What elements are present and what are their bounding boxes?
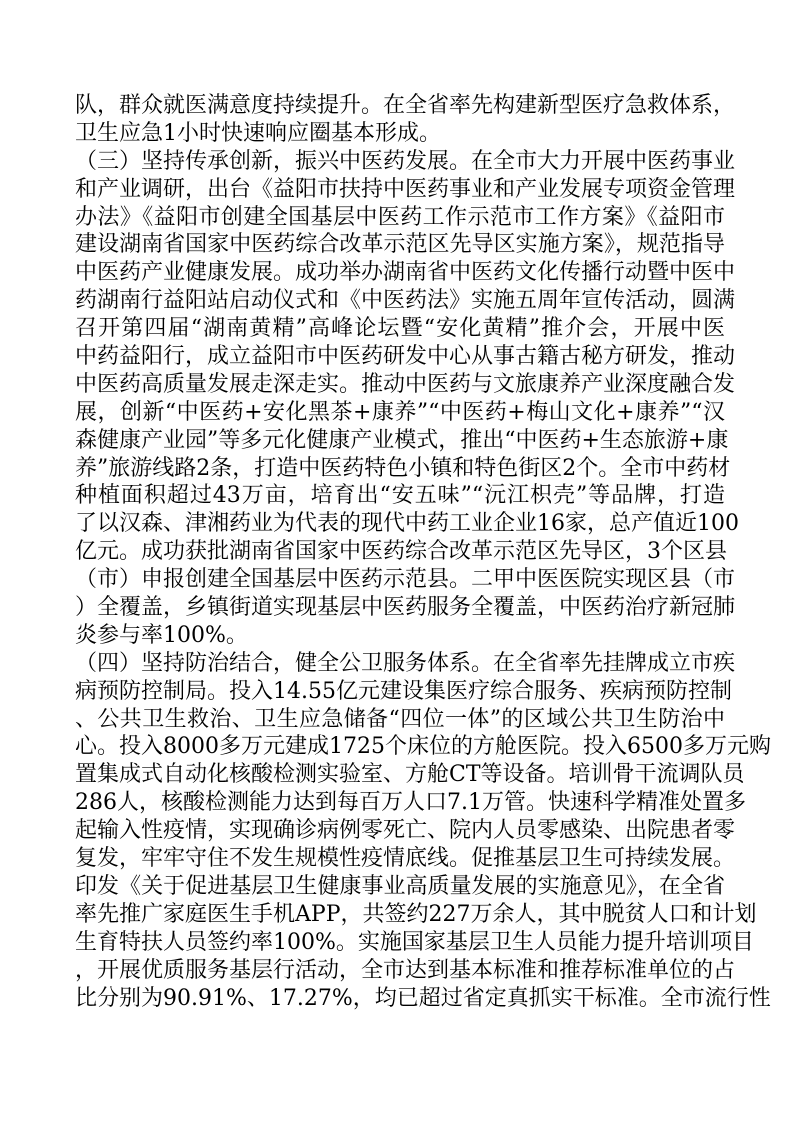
text-line: 心。投入8000多万元建成1725个床位的方舱医院。投入6500多万元购 (75, 733, 725, 761)
text-line: （四）坚持防治结合，健全公卫服务体系。在全省率先挂牌成立市疾 (75, 650, 725, 678)
text-line: 药湖南行益阳站启动仪式和《中医药法》实施五周年宣传活动，圆满 (75, 287, 725, 315)
text-line: 中药益阳行，成立益阳市中医药研发中心从事古籍古秘方研发，推动 (75, 343, 725, 371)
text-line: 印发《关于促进基层卫生健康事业高质量发展的实施意见》，在全省 (75, 873, 725, 901)
text-line: 展，创新“中医药+安化黑茶+康养”“中医药+梅山文化+康养”“汉 (75, 399, 725, 427)
text-line: 中医药高质量发展走深走实。推动中医药与文旅康养产业深度融合发 (75, 371, 725, 399)
text-line: 卫生应急1小时快速响应圈基本形成。 (75, 120, 725, 148)
text-line: 了以汉森、津湘药业为代表的现代中药工业企业16家，总产值近100 (75, 510, 725, 538)
document-page: 队，群众就医满意度持续提升。在全省率先构建新型医疗急救体系，卫生应急1小时快速响… (0, 0, 793, 1122)
text-line: 办法》《益阳市创建全国基层中医药工作示范市工作方案》《益阳市 (75, 204, 725, 232)
text-block: 队，群众就医满意度持续提升。在全省率先构建新型医疗急救体系，卫生应急1小时快速响… (75, 92, 725, 1012)
paragraph-continuation: 队，群众就医满意度持续提升。在全省率先构建新型医疗急救体系，卫生应急1小时快速响… (75, 92, 725, 148)
text-line: 置集成式自动化核酸检测实验室、方舱CT等设备。培训骨干流调队员 (75, 761, 725, 789)
paragraph-section-four: （四）坚持防治结合，健全公卫服务体系。在全省率先挂牌成立市疾病预防控制局。投入1… (75, 650, 725, 1013)
text-line: 286人，核酸检测能力达到每百万人口7.1万管。快速科学精准处置多 (75, 789, 725, 817)
text-line: 生育特扶人员签约率100%。实施国家基层卫生人员能力提升培训项目 (75, 929, 725, 957)
text-line: （三）坚持传承创新，振兴中医药发展。在全市大力开展中医药事业 (75, 148, 725, 176)
text-line: （市）申报创建全国基层中医药示范县。二甲中医医院实现区县（市 (75, 566, 725, 594)
text-line: 召开第四届“湖南黄精”高峰论坛暨“安化黄精”推介会，开展中医 (75, 315, 725, 343)
paragraph-section-three: （三）坚持传承创新，振兴中医药发展。在全市大力开展中医药事业和产业调研，出台《益… (75, 148, 725, 650)
text-line: 中医药产业健康发展。成功举办湖南省中医药文化传播行动暨中医中 (75, 259, 725, 287)
text-line: 和产业调研，出台《益阳市扶持中医药事业和产业发展专项资金管理 (75, 176, 725, 204)
text-line: 复发，牢牢守住不发生规模性疫情底线。促推基层卫生可持续发展。 (75, 845, 725, 873)
text-line: 起输入性疫情，实现确诊病例零死亡、院内人员零感染、出院患者零 (75, 817, 725, 845)
text-line: 亿元。成功获批湖南省国家中医药综合改革示范区先导区，3个区县 (75, 538, 725, 566)
text-line: 队，群众就医满意度持续提升。在全省率先构建新型医疗急救体系， (75, 92, 725, 120)
text-line: 、公共卫生救治、卫生应急储备“四位一体”的区域公共卫生防治中 (75, 706, 725, 734)
text-line: 率先推广家庭医生手机APP，共签约227万余人，其中脱贫人口和计划 (75, 901, 725, 929)
text-line: 种植面积超过43万亩，培育出“安五味”“沅江枳壳”等品牌，打造 (75, 482, 725, 510)
text-line: 比分别为90.91%、17.27%，均已超过省定真抓实干标准。全市流行性 (75, 985, 725, 1013)
text-line: 建设湖南省国家中医药综合改革示范区先导区实施方案》，规范指导 (75, 231, 725, 259)
text-line: ）全覆盖，乡镇街道实现基层中医药服务全覆盖，中医药治疗新冠肺 (75, 594, 725, 622)
text-line: 病预防控制局。投入14.55亿元建设集医疗综合服务、疾病预防控制 (75, 678, 725, 706)
text-line: 养”旅游线路2条，打造中医药特色小镇和特色街区2个。全市中药材 (75, 455, 725, 483)
text-line: 炎参与率100%。 (75, 622, 725, 650)
text-line: 森健康产业园”等多元化健康产业模式，推出“中医药+生态旅游+康 (75, 427, 725, 455)
text-line: ，开展优质服务基层行活动，全市达到基本标准和推荐标准单位的占 (75, 957, 725, 985)
